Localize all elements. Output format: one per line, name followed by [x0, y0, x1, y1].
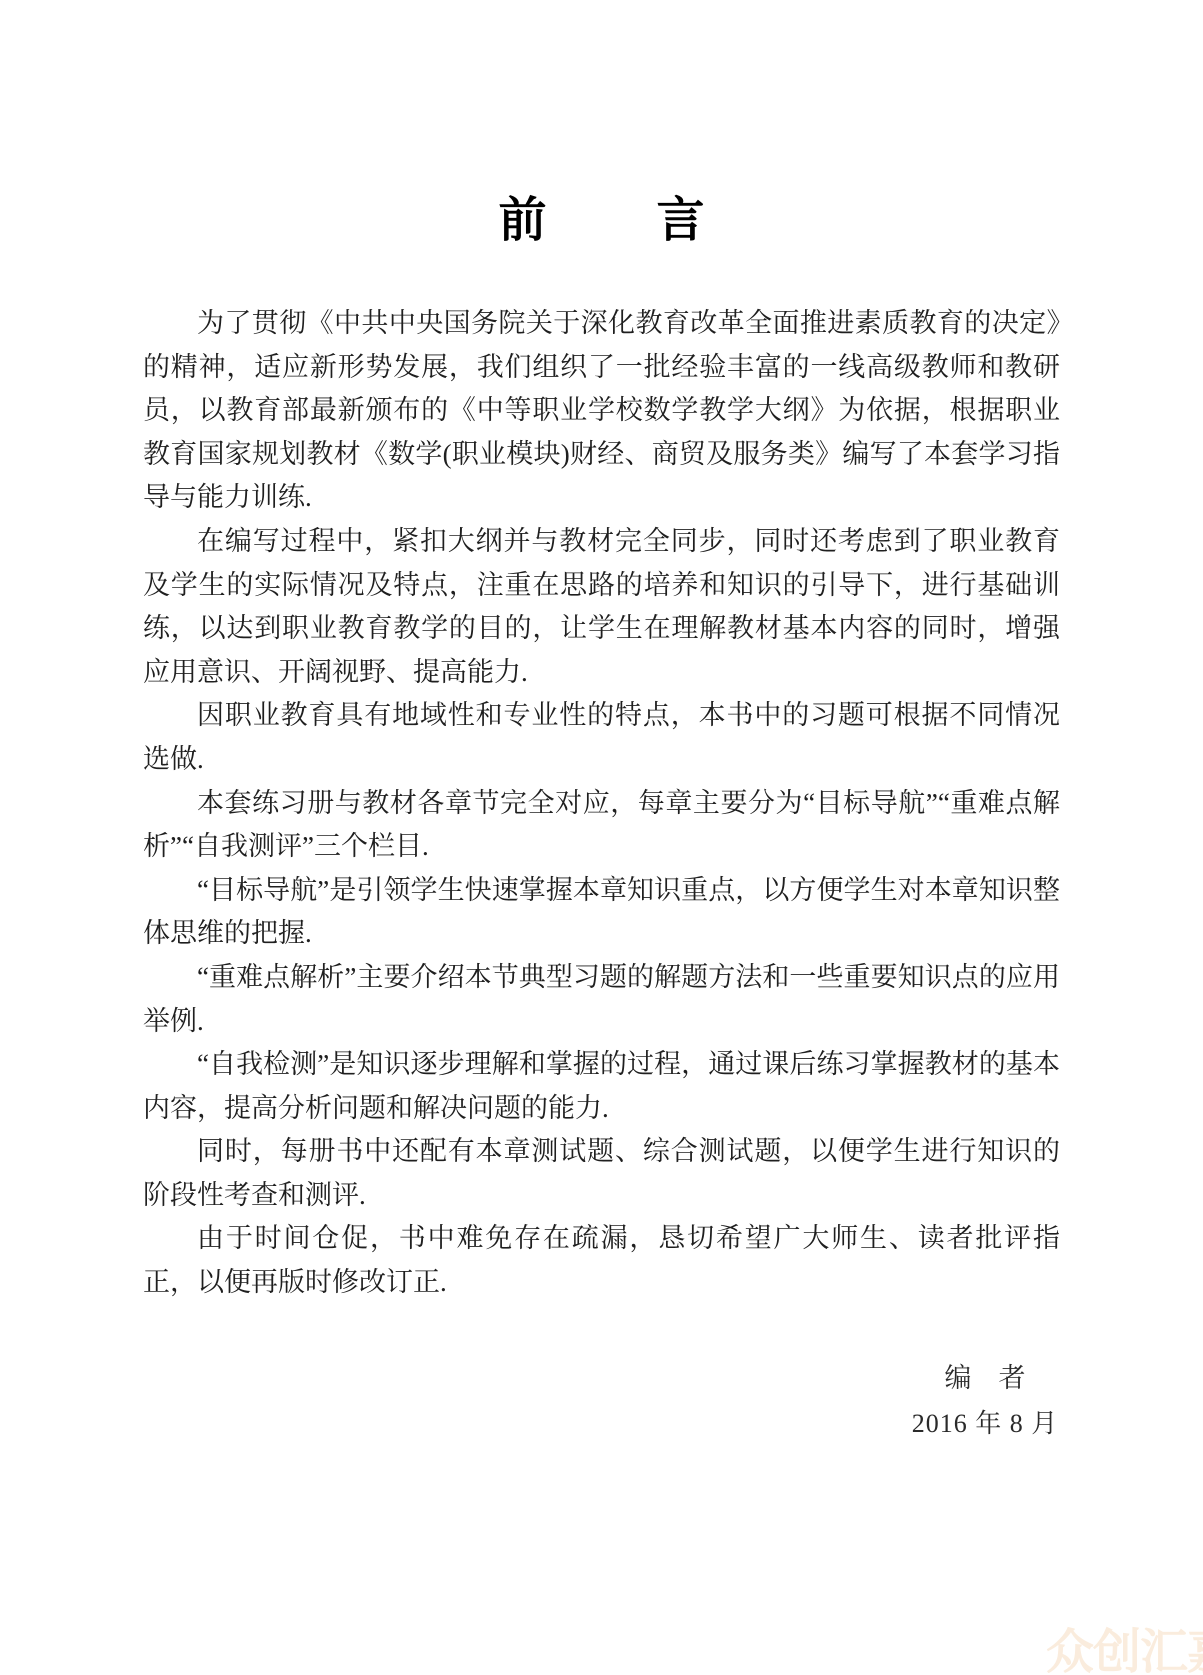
signature-author: 编 者	[860, 1356, 1110, 1401]
paragraph-9: 由于时间仓促，书中难免存在疏漏，恳切希望广大师生、读者批评指正，以便再版时修改订…	[143, 1217, 1060, 1304]
signature-block: 编 者 2016 年 8 月	[860, 1356, 1110, 1446]
paragraph-2: 在编写过程中，紧扣大纲并与教材完全同步，同时还考虑到了职业教育及学生的实际情况及…	[143, 520, 1060, 694]
title-char-second: 言	[657, 192, 705, 248]
watermark: 众创汇嘉	[1046, 1628, 1203, 1675]
paragraph-5: “目标导航”是引领学生快速掌握本章知识重点，以方便学生对本章知识整体思维的把握.	[143, 869, 1060, 956]
preface-page: 前言 为了贯彻《中共中央国务院关于深化教育改革全面推进素质教育的决定》的精神，适…	[0, 0, 1203, 1675]
signature-date: 2016 年 8 月	[860, 1401, 1110, 1446]
paragraph-8: 同时，每册书中还配有本章测试题、综合测试题，以便学生进行知识的阶段性考查和测评.	[143, 1130, 1060, 1217]
page-title: 前言	[0, 192, 1203, 248]
paragraph-1: 为了贯彻《中共中央国务院关于深化教育改革全面推进素质教育的决定》的精神，适应新形…	[143, 302, 1060, 520]
preface-body: 为了贯彻《中共中央国务院关于深化教育改革全面推进素质教育的决定》的精神，适应新形…	[143, 302, 1060, 1305]
title-char-first: 前	[498, 192, 546, 248]
paragraph-4: 本套练习册与教材各章节完全对应，每章主要分为“目标导航”“重难点解析”“自我测评…	[143, 782, 1060, 869]
paragraph-6: “重难点解析”主要介绍本节典型习题的解题方法和一些重要知识点的应用举例.	[143, 956, 1060, 1043]
paragraph-3: 因职业教育具有地域性和专业性的特点，本书中的习题可根据不同情况选做.	[143, 694, 1060, 781]
paragraph-7: “自我检测”是知识逐步理解和掌握的过程，通过课后练习掌握教材的基本内容，提高分析…	[143, 1043, 1060, 1130]
